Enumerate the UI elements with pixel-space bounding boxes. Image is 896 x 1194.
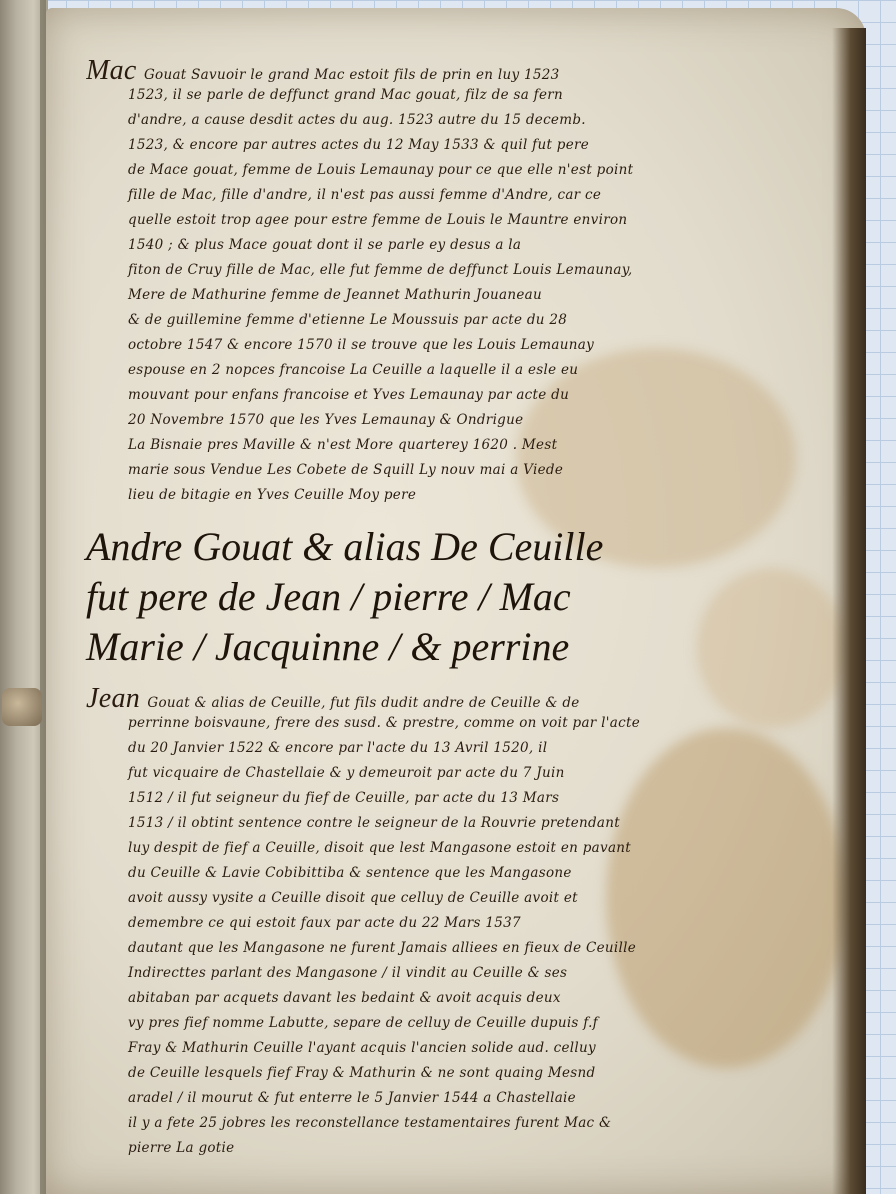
manuscript-line: 20 Novembre 1570 que les Yves Lemaunay &… xyxy=(86,408,826,433)
line-text: 20 Novembre 1570 que les Yves Lemaunay &… xyxy=(128,412,523,428)
manuscript-text: Mac Gouat Savuoir le grand Mac estoit fi… xyxy=(86,58,826,1161)
manuscript-line: 1523, & encore par autres actes du 12 Ma… xyxy=(86,133,826,158)
manuscript-line: fille de Mac, fille d'andre, il n'est pa… xyxy=(86,183,826,208)
line-text: il y a fete 25 jobres les reconstellance… xyxy=(128,1115,611,1131)
heading-line: Andre Gouat & alias De Ceuille xyxy=(86,522,826,572)
line-text: lieu de bitagie en Yves Ceuille Moy pere xyxy=(128,487,416,503)
manuscript-line: il y a fete 25 jobres les reconstellance… xyxy=(86,1111,826,1136)
line-text: de Mace gouat, femme de Louis Lemaunay p… xyxy=(128,162,633,178)
line-text: 1523, il se parle de deffunct grand Mac … xyxy=(128,87,563,103)
manuscript-line: Fray & Mathurin Ceuille l'ayant acquis l… xyxy=(86,1036,826,1061)
manuscript-line: aradel / il mourut & fut enterre le 5 Ja… xyxy=(86,1086,826,1111)
genealogy-heading: Andre Gouat & alias De Ceuillefut pere d… xyxy=(86,522,826,672)
manuscript-line: Mere de Mathurine femme de Jeannet Mathu… xyxy=(86,283,826,308)
line-text: dautant que les Mangasone ne furent Jama… xyxy=(128,940,636,956)
line-text: vy pres fief nomme Labutte, separe de ce… xyxy=(128,1015,598,1031)
line-text: pierre La gotie xyxy=(128,1140,234,1156)
manuscript-line: du 20 Janvier 1522 & encore par l'acte d… xyxy=(86,736,826,761)
manuscript-line: fiton de Cruy fille de Mac, elle fut fem… xyxy=(86,258,826,283)
line-text: d'andre, a cause desdit actes du aug. 15… xyxy=(128,112,586,128)
manuscript-line: espouse en 2 nopces francoise La Ceuille… xyxy=(86,358,826,383)
manuscript-line: luy despit de fief a Ceuille, disoit que… xyxy=(86,836,826,861)
line-text: Indirecttes parlant des Mangasone / il v… xyxy=(128,965,567,981)
manuscript-line: 1513 / il obtint sentence contre le seig… xyxy=(86,811,826,836)
line-text: aradel / il mourut & fut enterre le 5 Ja… xyxy=(128,1090,576,1106)
line-text: & de guillemine femme d'etienne Le Mouss… xyxy=(128,312,567,328)
page-edge xyxy=(832,28,866,1194)
manuscript-line: Indirecttes parlant des Mangasone / il v… xyxy=(86,961,826,986)
line-text: luy despit de fief a Ceuille, disoit que… xyxy=(128,840,631,856)
manuscript-line: demembre ce qui estoit faux par acte du … xyxy=(86,911,826,936)
manuscript-line: Jean Gouat & alias de Ceuille, fut fils … xyxy=(86,686,826,711)
line-text: quelle estoit trop agee pour estre femme… xyxy=(128,212,627,228)
lead-name: Jean xyxy=(86,686,147,711)
manuscript-line: mouvant pour enfans francoise et Yves Le… xyxy=(86,383,826,408)
line-text: Mere de Mathurine femme de Jeannet Mathu… xyxy=(128,287,542,303)
line-text: espouse en 2 nopces francoise La Ceuille… xyxy=(128,362,578,378)
line-text: avoit aussy vysite a Ceuille disoit que … xyxy=(128,890,578,906)
manuscript-line: d'andre, a cause desdit actes du aug. 15… xyxy=(86,108,826,133)
manuscript-line: avoit aussy vysite a Ceuille disoit que … xyxy=(86,886,826,911)
line-text: perrinne boisvaune, frere des susd. & pr… xyxy=(128,715,640,731)
manuscript-line: abitaban par acquets davant les bedaint … xyxy=(86,986,826,1011)
manuscript-line: 1512 / il fut seigneur du fief de Ceuill… xyxy=(86,786,826,811)
manuscript-line: Mac Gouat Savuoir le grand Mac estoit fi… xyxy=(86,58,826,83)
manuscript-line: 1540 ; & plus Mace gouat dont il se parl… xyxy=(86,233,826,258)
line-text: fut vicquaire de Chastellaie & y demeuro… xyxy=(128,765,565,781)
manuscript-line: La Bisnaie pres Maville & n'est More qua… xyxy=(86,433,826,458)
heading-line: fut pere de Jean / pierre / Mac xyxy=(86,572,826,622)
line-text: du 20 Janvier 1522 & encore par l'acte d… xyxy=(128,740,547,756)
manuscript-line: pierre La gotie xyxy=(86,1136,826,1161)
line-text: 1512 / il fut seigneur du fief de Ceuill… xyxy=(128,790,559,806)
manuscript-line: & de guillemine femme d'etienne Le Mouss… xyxy=(86,308,826,333)
line-text: abitaban par acquets davant les bedaint … xyxy=(128,990,561,1006)
manuscript-line: perrinne boisvaune, frere des susd. & pr… xyxy=(86,711,826,736)
line-text: octobre 1547 & encore 1570 il se trouve … xyxy=(128,337,594,353)
lead-name: Mac xyxy=(86,58,144,83)
line-text: demembre ce qui estoit faux par acte du … xyxy=(128,915,521,931)
manuscript-line: dautant que les Mangasone ne furent Jama… xyxy=(86,936,826,961)
manuscript-line: quelle estoit trop agee pour estre femme… xyxy=(86,208,826,233)
line-text: du Ceuille & Lavie Cobibittiba & sentenc… xyxy=(128,865,572,881)
heading-line: Marie / Jacquinne / & perrine xyxy=(86,622,826,672)
line-text: mouvant pour enfans francoise et Yves Le… xyxy=(128,387,569,403)
section-jean-gouat: Jean Gouat & alias de Ceuille, fut fils … xyxy=(86,686,826,1161)
line-text: marie sous Vendue Les Cobete de Squill L… xyxy=(128,462,563,478)
manuscript-page: Mac Gouat Savuoir le grand Mac estoit fi… xyxy=(46,8,866,1194)
line-text: La Bisnaie pres Maville & n'est More qua… xyxy=(128,437,557,453)
manuscript-line: du Ceuille & Lavie Cobibittiba & sentenc… xyxy=(86,861,826,886)
manuscript-line: de Ceuille lesquels fief Fray & Mathurin… xyxy=(86,1061,826,1086)
section-mace-gouat: Mac Gouat Savuoir le grand Mac estoit fi… xyxy=(86,58,826,508)
line-text: Gouat & alias de Ceuille, fut fils dudit… xyxy=(147,695,579,711)
manuscript-line: 1523, il se parle de deffunct grand Mac … xyxy=(86,83,826,108)
line-text: fiton de Cruy fille de Mac, elle fut fem… xyxy=(128,262,632,278)
manuscript-line: vy pres fief nomme Labutte, separe de ce… xyxy=(86,1011,826,1036)
line-text: Fray & Mathurin Ceuille l'ayant acquis l… xyxy=(128,1040,596,1056)
metal-clasp xyxy=(2,688,42,726)
line-text: Gouat Savuoir le grand Mac estoit fils d… xyxy=(144,67,560,83)
line-text: fille de Mac, fille d'andre, il n'est pa… xyxy=(128,187,601,203)
line-text: 1540 ; & plus Mace gouat dont il se parl… xyxy=(128,237,521,253)
manuscript-line: octobre 1547 & encore 1570 il se trouve … xyxy=(86,333,826,358)
manuscript-line: de Mace gouat, femme de Louis Lemaunay p… xyxy=(86,158,826,183)
line-text: de Ceuille lesquels fief Fray & Mathurin… xyxy=(128,1065,595,1081)
line-text: 1513 / il obtint sentence contre le seig… xyxy=(128,815,620,831)
manuscript-line: marie sous Vendue Les Cobete de Squill L… xyxy=(86,458,826,483)
manuscript-line: fut vicquaire de Chastellaie & y demeuro… xyxy=(86,761,826,786)
manuscript-line: lieu de bitagie en Yves Ceuille Moy pere xyxy=(86,483,826,508)
line-text: 1523, & encore par autres actes du 12 Ma… xyxy=(128,137,589,153)
